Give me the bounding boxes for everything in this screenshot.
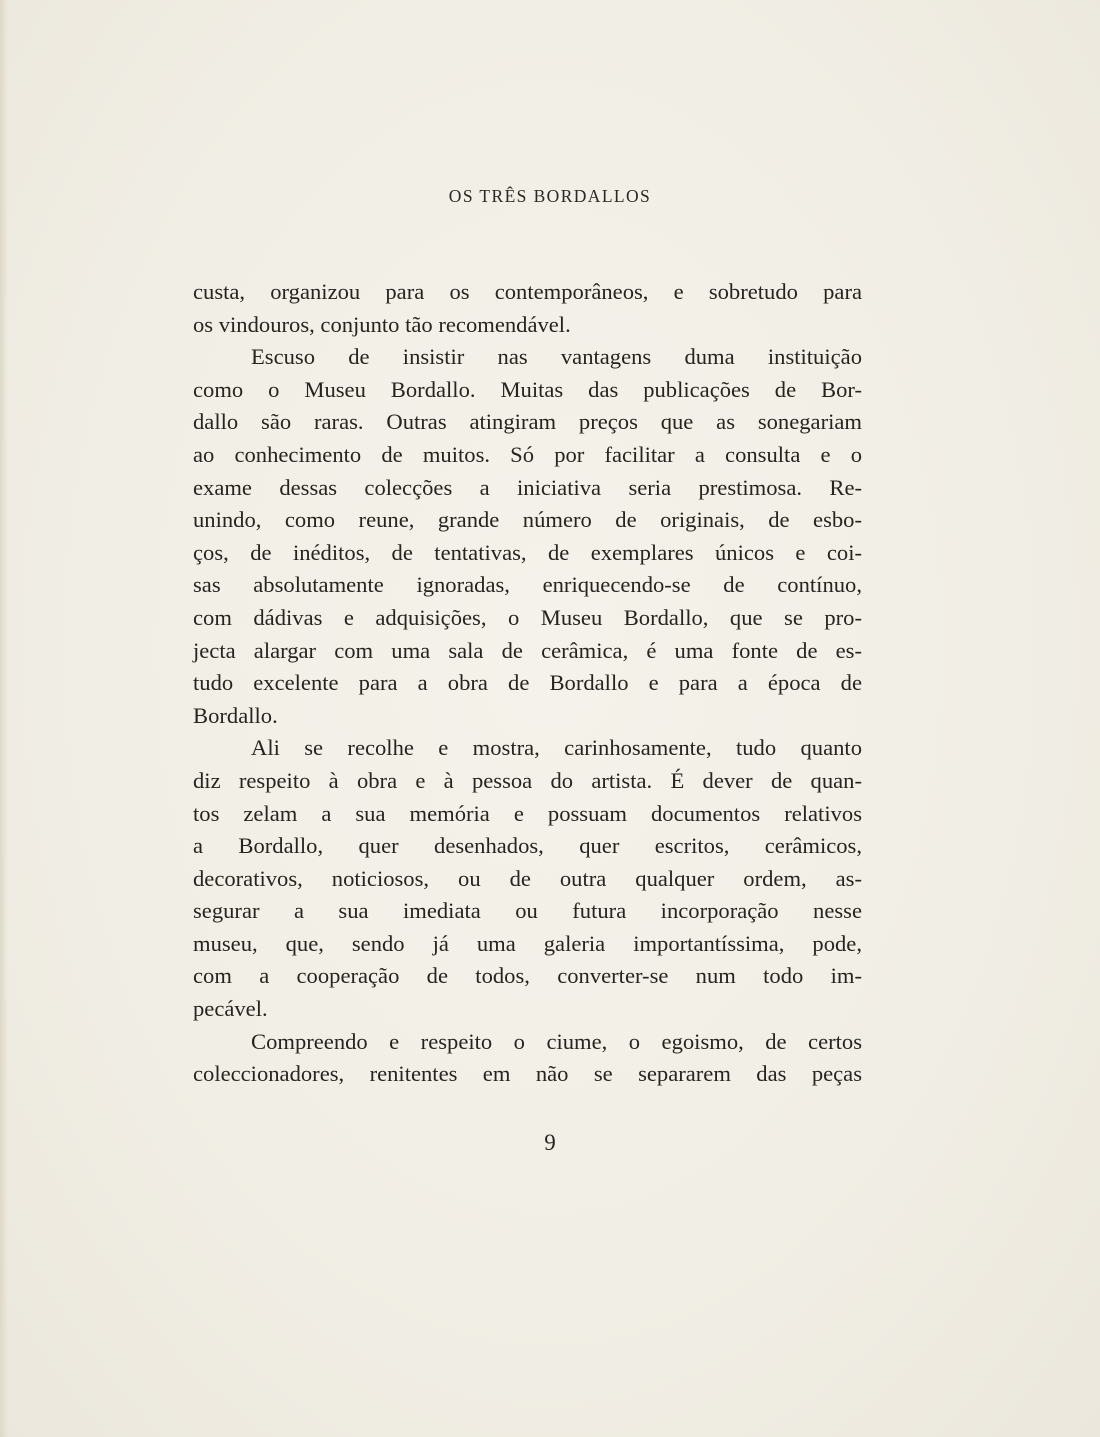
text-line: ao conhecimento de muitos. Só por facili… xyxy=(193,439,862,472)
body-text: custa, organizou para os contemporâneos,… xyxy=(193,276,862,1091)
text-line: Ali se recolhe e mostra, carinhosamente,… xyxy=(193,732,862,765)
text-line: os vindouros, conjunto tão recomendável. xyxy=(193,309,862,342)
text-line: museu, que, sendo já uma galeria importa… xyxy=(193,928,862,961)
paragraph: Compreendo e respeito o ciume, o egoismo… xyxy=(193,1026,862,1091)
text-line: como o Museu Bordallo. Muitas das public… xyxy=(193,374,862,407)
text-line: decorativos, noticiosos, ou de outra qua… xyxy=(193,863,862,896)
paragraph: custa, organizou para os contemporâneos,… xyxy=(193,276,862,341)
page-number: 9 xyxy=(0,1130,1100,1156)
text-line: tos zelam a sua memória e possuam docume… xyxy=(193,798,862,831)
text-line: unindo, como reune, grande número de ori… xyxy=(193,504,862,537)
text-line: coleccionadores, renitentes em não se se… xyxy=(193,1058,862,1091)
text-line: pecável. xyxy=(193,993,862,1026)
text-line: Escuso de insistir nas vantagens duma in… xyxy=(193,341,862,374)
text-line: dallo são raras. Outras atingiram preços… xyxy=(193,406,862,439)
text-line: ços, de inéditos, de tentativas, de exem… xyxy=(193,537,862,570)
text-line: a Bordallo, quer desenhados, quer escrit… xyxy=(193,830,862,863)
text-line: custa, organizou para os contemporâneos,… xyxy=(193,276,862,309)
text-line: diz respeito à obra e à pessoa do artist… xyxy=(193,765,862,798)
text-line: Compreendo e respeito o ciume, o egoismo… xyxy=(193,1026,862,1059)
text-line: sas absolutamente ignoradas, enriquecend… xyxy=(193,569,862,602)
book-page: OS TRÊS BORDALLOS custa, organizou para … xyxy=(0,0,1100,1437)
text-line: exame dessas colecções a iniciativa seri… xyxy=(193,472,862,505)
text-line: tudo excelente para a obra de Bordallo e… xyxy=(193,667,862,700)
text-line: com a cooperação de todos, converter-se … xyxy=(193,960,862,993)
text-line: com dádivas e adquisições, o Museu Borda… xyxy=(193,602,862,635)
paragraph: Ali se recolhe e mostra, carinhosamente,… xyxy=(193,732,862,1025)
text-line: Bordallo. xyxy=(193,700,862,733)
text-line: segurar a sua imediata ou futura incorpo… xyxy=(193,895,862,928)
paragraph: Escuso de insistir nas vantagens duma in… xyxy=(193,341,862,732)
text-line: jecta alargar com uma sala de cerâmica, … xyxy=(193,635,862,668)
running-title: OS TRÊS BORDALLOS xyxy=(0,186,1100,207)
